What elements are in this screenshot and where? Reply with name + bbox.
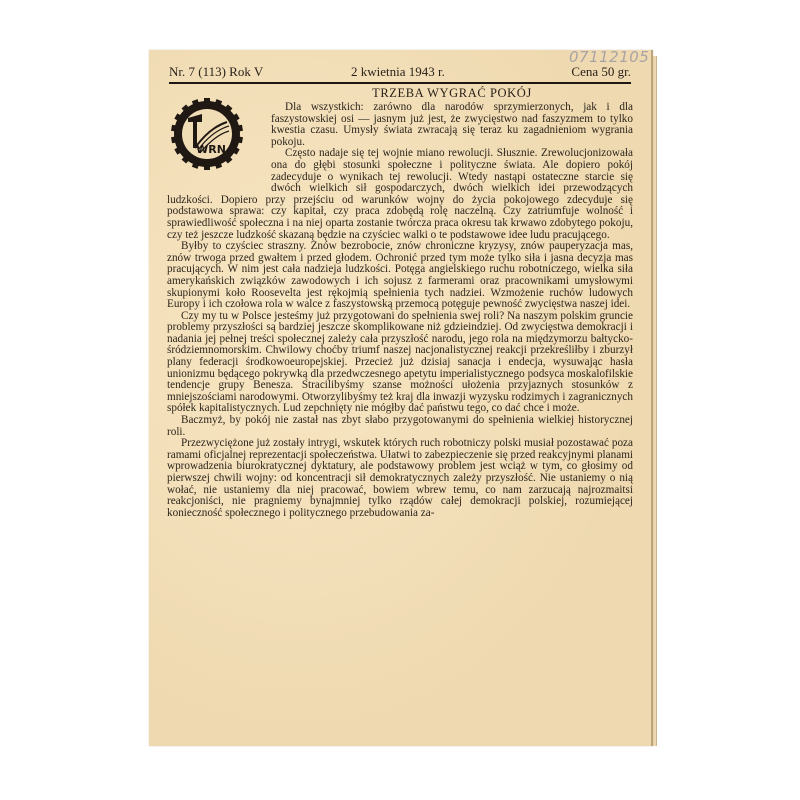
article-paragraph: Czy my tu w Polsce jesteśmy już przygoto… [167,311,633,415]
article-paragraph: Baczmyż, by pokój nie zastał nas zbyt sł… [167,415,633,438]
article-title: TRZEBA WYGRAĆ POKÓJ [271,87,633,100]
newspaper-page: 07112105 Nr. 7 (113) Rok V 2 kwietnia 19… [149,50,653,746]
issue-date: 2 kwietnia 1943 r. [351,64,445,80]
issue-price: Cena 50 gr. [571,64,631,80]
article-paragraph: Przezwyciężone już zostały intrygi, wsku… [167,438,633,519]
masthead: Nr. 7 (113) Rok V 2 kwietnia 1943 r. Cen… [169,64,631,84]
article-paragraph: Byłby to czyściec straszny. Znów bezrobo… [167,241,633,311]
issue-number: Nr. 7 (113) Rok V [169,64,263,80]
article: TRZEBA WYGRAĆ POKÓJ Dla wszystkich: zaró… [167,87,633,519]
